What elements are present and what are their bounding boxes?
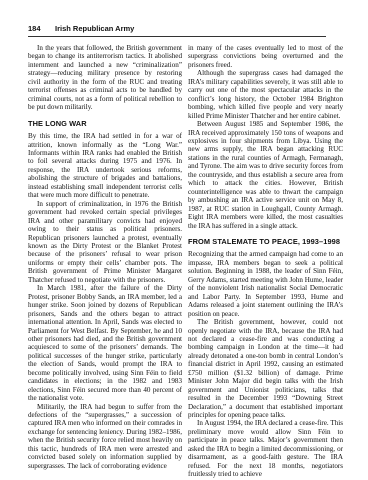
paragraph: Militarily, the IRA had begun to suffer … [28, 403, 182, 471]
running-title: Irish Republican Army [55, 24, 134, 33]
section-heading-stalemate-to-peace: FROM STALEMATE TO PEACE, 1993–1998 [188, 238, 343, 246]
paragraph: Although the supergrass cases had damage… [188, 69, 343, 120]
paragraph: Between August 1985 and September 1986, … [188, 120, 343, 230]
section-heading-long-war: THE LONG WAR [28, 120, 182, 128]
paragraph: By this time, the IRA had settled in for… [28, 132, 182, 200]
left-column: In the years that followed, the British … [28, 44, 182, 470]
paragraph: Recognizing that the armed campaign had … [188, 250, 343, 318]
paragraph: In the years that followed, the British … [28, 44, 182, 112]
paragraph: in many of the cases eventually led to m… [188, 44, 343, 69]
paragraph: In support of criminalization, in 1976 t… [28, 200, 182, 285]
paragraph: In August 1994, the IRA declared a cease… [188, 419, 343, 478]
paragraph: The British government, however, could n… [188, 318, 343, 419]
right-column: in many of the cases eventually led to m… [188, 44, 343, 479]
paragraph: In March 1981, after the failure of the … [28, 284, 182, 402]
running-header: 184 Irish Republican Army [28, 24, 326, 37]
page-number: 184 [28, 24, 41, 33]
